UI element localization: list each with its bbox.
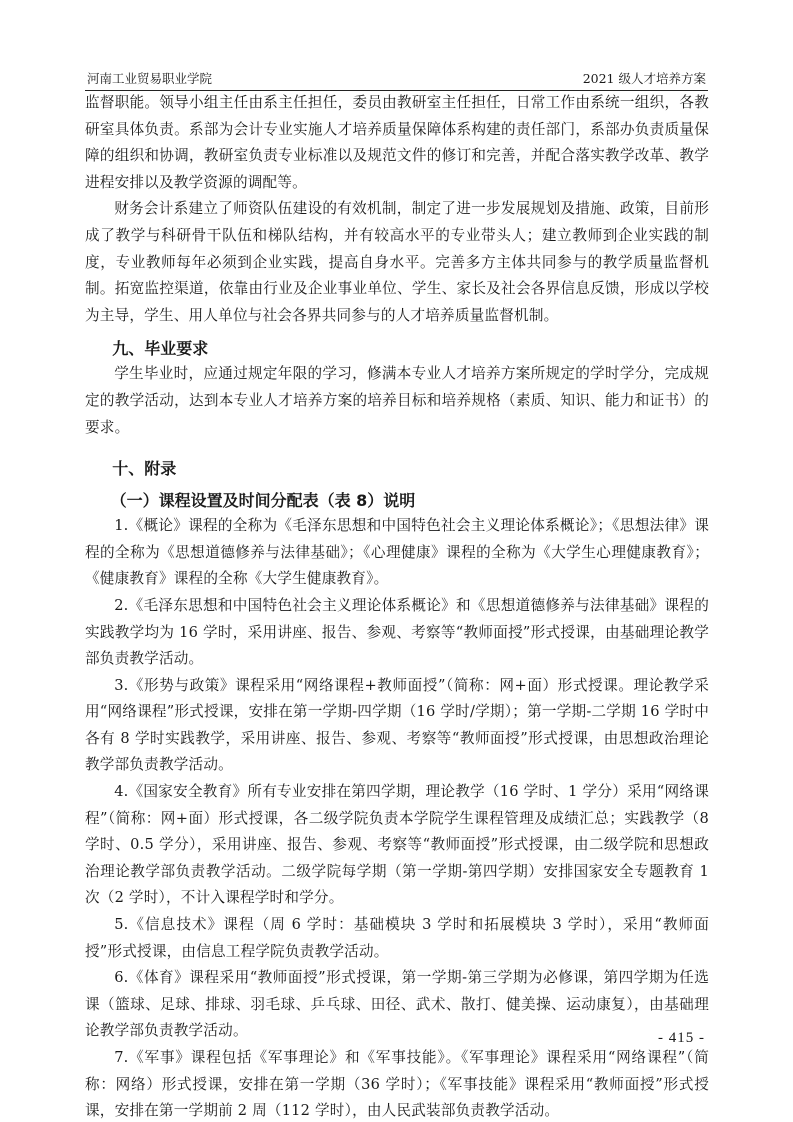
list-item-note-5: 5.《信息技术》课程（周 6 学时：基础模块 3 学时和拓展模块 3 学时），采…: [85, 912, 709, 965]
paragraph-graduation-requirements: 学生毕业时，应通过规定年限的学习，修满本专业人才培养方案所规定的学时学分，完成规…: [85, 361, 709, 441]
header-document-title: 2021 级人才培养方案: [583, 70, 706, 88]
section-heading-appendix: 十、附录: [85, 457, 709, 481]
list-item-note-3: 3.《形势与政策》课程采用“网络课程+教师面授”（简称：网+面）形式授课。理论教…: [85, 673, 709, 779]
page-content: 监督职能。领导小组主任由系主任担任，委员由教研室主任担任，日常工作由系统一组织，…: [85, 90, 709, 1122]
list-item-note-7: 7.《军事》课程包括《军事理论》和《军事技能》。《军事理论》课程采用“网络课程”…: [85, 1045, 709, 1122]
page-header: 河南工业贸易职业学院 2021 级人才培养方案: [85, 70, 708, 91]
section-heading-graduation-requirements: 九、毕业要求: [85, 337, 709, 361]
list-item-note-4: 4.《国家安全教育》所有专业安排在第四学期，理论教学（16 学时、1 学分）采用…: [85, 779, 709, 912]
paragraph-faculty-mechanism: 财务会计系建立了师资队伍建设的有效机制，制定了进一步发展规划及措施、政策，目前形…: [85, 196, 709, 329]
list-item-note-1: 1.《概论》课程的全称为《毛泽东思想和中国特色社会主义理论体系概论》；《思想法律…: [85, 513, 709, 593]
list-item-note-6: 6.《体育》课程采用“教师面授”形式授课，第一学期-第三学期为必修课，第四学期为…: [85, 965, 709, 1045]
list-item-note-2: 2.《毛泽东思想和中国特色社会主义理论体系概论》和《思想道德修养与法律基础》课程…: [85, 593, 709, 673]
page-number: - 415 -: [658, 1030, 705, 1047]
header-institution: 河南工业贸易职业学院: [87, 70, 212, 88]
paragraph-quality-oversight: 监督职能。领导小组主任由系主任担任，委员由教研室主任担任，日常工作由系统一组织，…: [85, 90, 709, 196]
subsection-heading-course-schedule-notes: （一）课程设置及时间分配表（表 8）说明: [85, 489, 709, 513]
